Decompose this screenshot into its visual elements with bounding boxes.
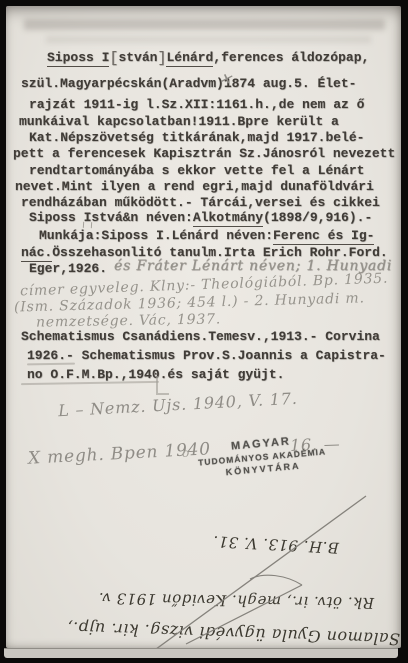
scan-smudge [46, 36, 371, 43]
typed-line: rajzát 1911-ig l.Sz.XII:1161.h.,de nem a… [29, 97, 364, 113]
pseudonym-lead: Siposs Istvá&n néven: [29, 210, 193, 225]
flipped-ink-note: Salamon Gyula ügyvédi vizsg. kir. ujp., [12, 616, 400, 648]
pencil-note-line: nemzetsége. Vác, 1937. [36, 311, 221, 330]
title-religious-name: Lénárd [166, 50, 213, 67]
title-firstname-rest: stván [118, 50, 157, 65]
pencil-bracket-open: [ [109, 50, 118, 67]
index-card: Siposs I[stván]Lénárd,ferences áldozópap… [6, 6, 401, 648]
source-note: L – Nemz. Ujs. 1940, V. 17. [58, 389, 298, 421]
journal-ref: (1898/9,916).- [263, 210, 372, 225]
journal-title: Alkotmány [193, 210, 263, 227]
scanned-photo-frame: Siposs I[stván]Lénárd,ferences áldozópap… [0, 0, 408, 663]
card-title-line: Siposs I[stván]Lénárd,ferences áldozópap… [47, 50, 369, 66]
typed-line: Schematismus Csanádiens.Temesv.,1913.- C… [21, 329, 380, 345]
typed-line: nevet.Mint ilyen a rend egri,majd dunafö… [15, 179, 374, 195]
flipped-ink-note: Rk. ötv. ir., megh. Kevidőn 1913 v. [146, 590, 374, 612]
works-lead: Munkája:Siposs I.Lénárd néven: [39, 228, 273, 243]
pencil-underline [27, 363, 75, 366]
typed-line: rendtartományába s ekkor vette fel a Lén… [29, 163, 364, 179]
card-bottom-edge [4, 648, 398, 658]
title-occupation: ,ferences áldozópap, [213, 50, 369, 65]
imprint: Eger,1926. [29, 261, 107, 276]
typed-line: Munkája:Siposs I.Lénárd néven:Ferenc és … [39, 228, 374, 244]
pencil-o-mark: o [182, 446, 190, 460]
typed-line: munkáival kapcsolatban!1911.Bpre került … [19, 114, 339, 130]
work-title-start: Ferenc és Ig- [273, 228, 374, 245]
typed-line: Siposs Istvá&n néven:Alkotmány(1898/9,91… [29, 210, 372, 226]
pencil-bracket-close: ] [157, 50, 166, 67]
typed-line: pett a ferencesek Kapisztrán Sz.Jánosról… [13, 146, 395, 162]
typed-line: szül.Magyarpécskán(Aradvm)1874 aug.5. Él… [21, 76, 356, 92]
typed-line: rendházában működött.- Tárcái,versei és … [21, 195, 380, 211]
scan-smudge [24, 19, 385, 30]
pencil-corner-mark [156, 376, 169, 395]
typed-line: 1926.- Schematismus Prov.S.Joannis a Cap… [27, 348, 386, 364]
title-surname: Siposs I [47, 50, 109, 67]
pencil-caret-mark [83, 222, 92, 228]
typed-line: Kat.Népszövetség titkárának,majd 1917.be… [29, 130, 364, 146]
library-stamp: MAGYAR TUDOMÁNYOS AKADÉMIA KÖNYVTÁRA [193, 432, 332, 480]
flipped-ink-note: B.H. 913. V. 31. [154, 529, 340, 557]
